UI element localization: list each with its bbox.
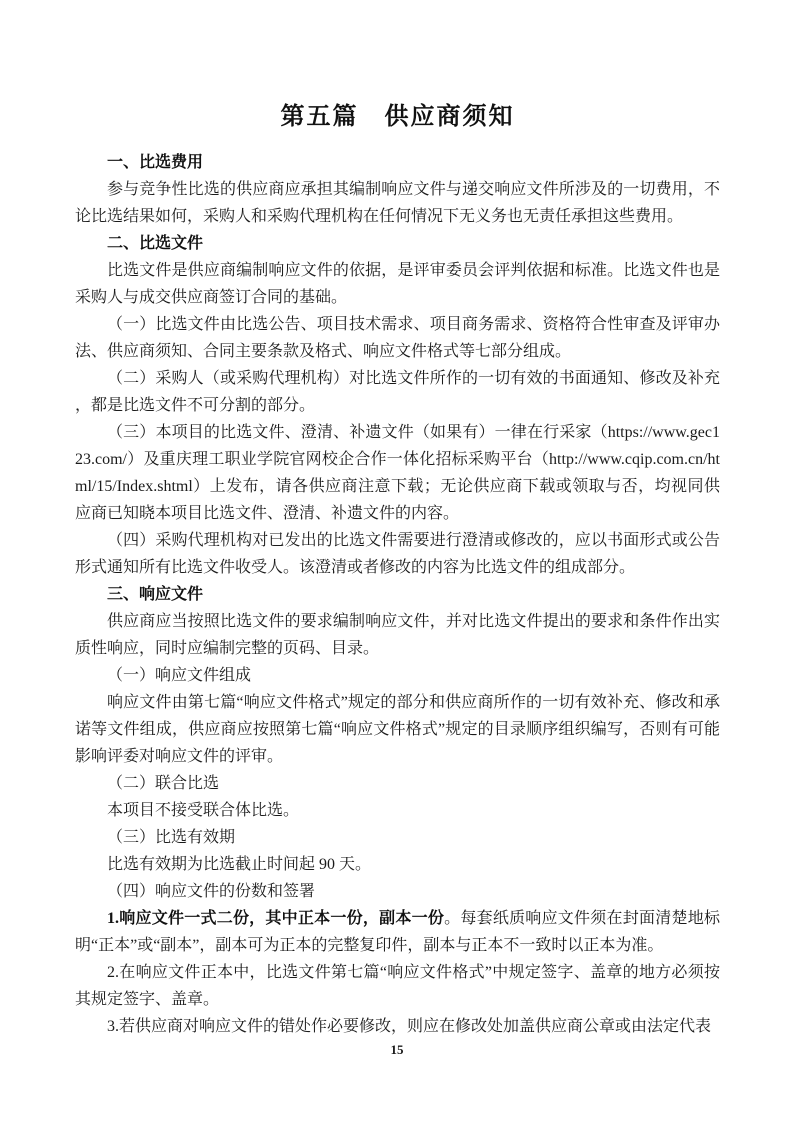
paragraph: （二）采购人（或采购代理机构）对比选文件所作的一切有效的书面通知、修改及补充，都… (75, 365, 720, 419)
paragraph: 1.响应文件一式二份，其中正本一份，副本一份。每套纸质响应文件须在封面清楚地标明… (75, 905, 720, 959)
paragraph: （一）响应文件组成 (75, 662, 720, 689)
paragraph: 比选文件是供应商编制响应文件的依据，是评审委员会评判依据和标准。比选文件也是采购… (75, 257, 720, 311)
bold-run: 1.响应文件一式二份，其中正本一份，副本一份 (107, 910, 444, 927)
page-number: 15 (0, 1042, 794, 1058)
document-content: 第五篇 供应商须知 一、比选费用 参与竞争性比选的供应商应承担其编制响应文件与递… (75, 0, 720, 1040)
section-bidding-fees: 一、比选费用 参与竞争性比选的供应商应承担其编制响应文件与递交响应文件所涉及的一… (75, 149, 720, 230)
paragraph: （三）比选有效期 (75, 824, 720, 851)
paragraph: （三）本项目的比选文件、澄清、补遗文件（如果有）一律在行采家（https://w… (75, 419, 720, 527)
document-body: 一、比选费用 参与竞争性比选的供应商应承担其编制响应文件与递交响应文件所涉及的一… (75, 149, 720, 1040)
paragraph: （一）比选文件由比选公告、项目技术需求、项目商务需求、资格符合性审查及评审办法、… (75, 311, 720, 365)
paragraph: 2.在响应文件正本中，比选文件第七篇“响应文件格式”中规定签字、盖章的地方必须按… (75, 959, 720, 1013)
section-heading: 二、比选文件 (75, 230, 720, 257)
document-page: 第五篇 供应商须知 一、比选费用 参与竞争性比选的供应商应承担其编制响应文件与递… (0, 0, 794, 1122)
section-heading: 一、比选费用 (75, 149, 720, 176)
paragraph: （四）响应文件的份数和签署 (75, 878, 720, 905)
paragraph: 响应文件由第七篇“响应文件格式”规定的部分和供应商所作的一切有效补充、修改和承诺… (75, 689, 720, 770)
section-heading: 三、响应文件 (75, 581, 720, 608)
paragraph: （二）联合比选 (75, 770, 720, 797)
page-title: 第五篇 供应商须知 (75, 0, 720, 132)
paragraph: 本项目不接受联合体比选。 (75, 797, 720, 824)
section-bidding-documents: 二、比选文件 比选文件是供应商编制响应文件的依据，是评审委员会评判依据和标准。比… (75, 230, 720, 581)
paragraph: 供应商应当按照比选文件的要求编制响应文件，并对比选文件提出的要求和条件作出实质性… (75, 608, 720, 662)
paragraph: （四）采购代理机构对已发出的比选文件需要进行澄清或修改的，应以书面形式或公告形式… (75, 527, 720, 581)
paragraph: 参与竞争性比选的供应商应承担其编制响应文件与递交响应文件所涉及的一切费用，不论比… (75, 176, 720, 230)
section-response-documents: 三、响应文件 供应商应当按照比选文件的要求编制响应文件，并对比选文件提出的要求和… (75, 581, 720, 1040)
paragraph: 3.若供应商对响应文件的错处作必要修改，则应在修改处加盖供应商公章或由法定代表 (75, 1013, 720, 1040)
paragraph: 比选有效期为比选截止时间起 90 天。 (75, 851, 720, 878)
